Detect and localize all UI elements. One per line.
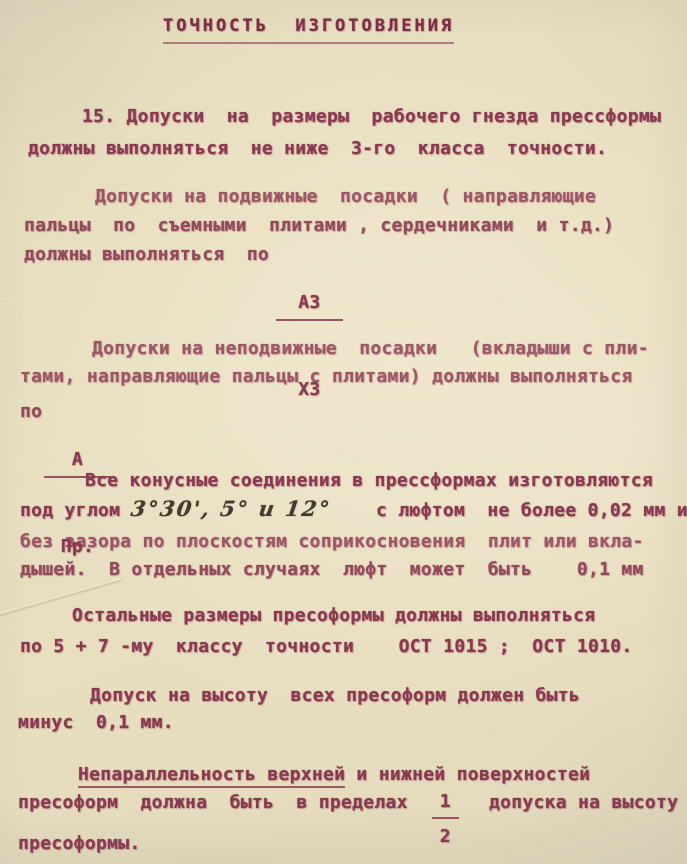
typewritten-text-layer: ТОЧНОСТЬ ИЗГОТОВЛЕНИЯ 15. Допуски на раз… [0, 0, 687, 864]
page-title: ТОЧНОСТЬ ИЗГОТОВЛЕНИЯ [163, 13, 454, 44]
non-parallelism-underlined-text: Непараллельность верхней [78, 764, 345, 788]
cone-joints-line3: без зазора по плоскостям соприкосновения… [20, 529, 644, 555]
height-tolerance-line2: минус 0,1 мм. [18, 710, 174, 736]
moving-fits-line3: должны выполняться по [24, 242, 269, 268]
moving-fits-line2: пальцы по съемными плитами , сердечникам… [24, 213, 614, 239]
other-sizes-line1: Остальные размеры пресоформы должны выпо… [72, 603, 595, 629]
cone-joints-line4: дышей. В отдельных случаях люфт может бы… [20, 557, 644, 583]
height-tolerance-line1: Допуск на высоту всех пресоформ должен б… [90, 683, 580, 709]
other-sizes-line2: по 5 + 7 -му классу точности ОСТ 1015 ; … [20, 634, 633, 660]
non-parallelism-line2-pre: пресоформ должна быть в пределах [18, 792, 408, 813]
cone-joints-line2: под углом 3°30', 5° и 12° с люфтом не бо… [20, 496, 687, 524]
non-parallelism-line2-post: допуска на высоту [489, 792, 678, 813]
cone-joints-line2-pre: под углом [20, 500, 131, 521]
item15-line1: 15. Допуски на размеры рабочего гнезда п… [82, 104, 661, 130]
fraction-numerator: А3 [276, 290, 343, 321]
fraction-denominator: 2 [432, 819, 459, 850]
non-parallelism-line3: пресоформы. [18, 831, 141, 857]
moving-fits-line1: Допуски на подвижные посадки ( направляю… [95, 184, 596, 210]
cone-joints-line2-post: с люфтом не более 0,02 мм и [332, 500, 687, 521]
non-parallelism-fraction: 12 [432, 789, 459, 850]
fixed-fits-line2: тами, направляющие пальцы с плитами) дол… [20, 364, 633, 390]
fraction-numerator: 1 [432, 789, 459, 819]
handwritten-angles: 3°30', 5° и 12° [130, 496, 334, 522]
non-parallelism-line1: Непараллельность верхней и нижней поверх… [78, 762, 590, 788]
fixed-fits-line3: по [20, 399, 42, 425]
item15-line2: должны выполняться не ниже 3-го класса т… [28, 136, 607, 162]
scanned-document-page: ТОЧНОСТЬ ИЗГОТОВЛЕНИЯ 15. Допуски на раз… [0, 0, 687, 864]
non-parallelism-line1-rest: и нижней поверхностей [345, 764, 590, 785]
cone-joints-line1: Все конусные соединения в прессформах из… [85, 468, 653, 494]
fixed-fits-line1: Допуски на неподвижные посадки (вкладыши… [92, 336, 649, 362]
